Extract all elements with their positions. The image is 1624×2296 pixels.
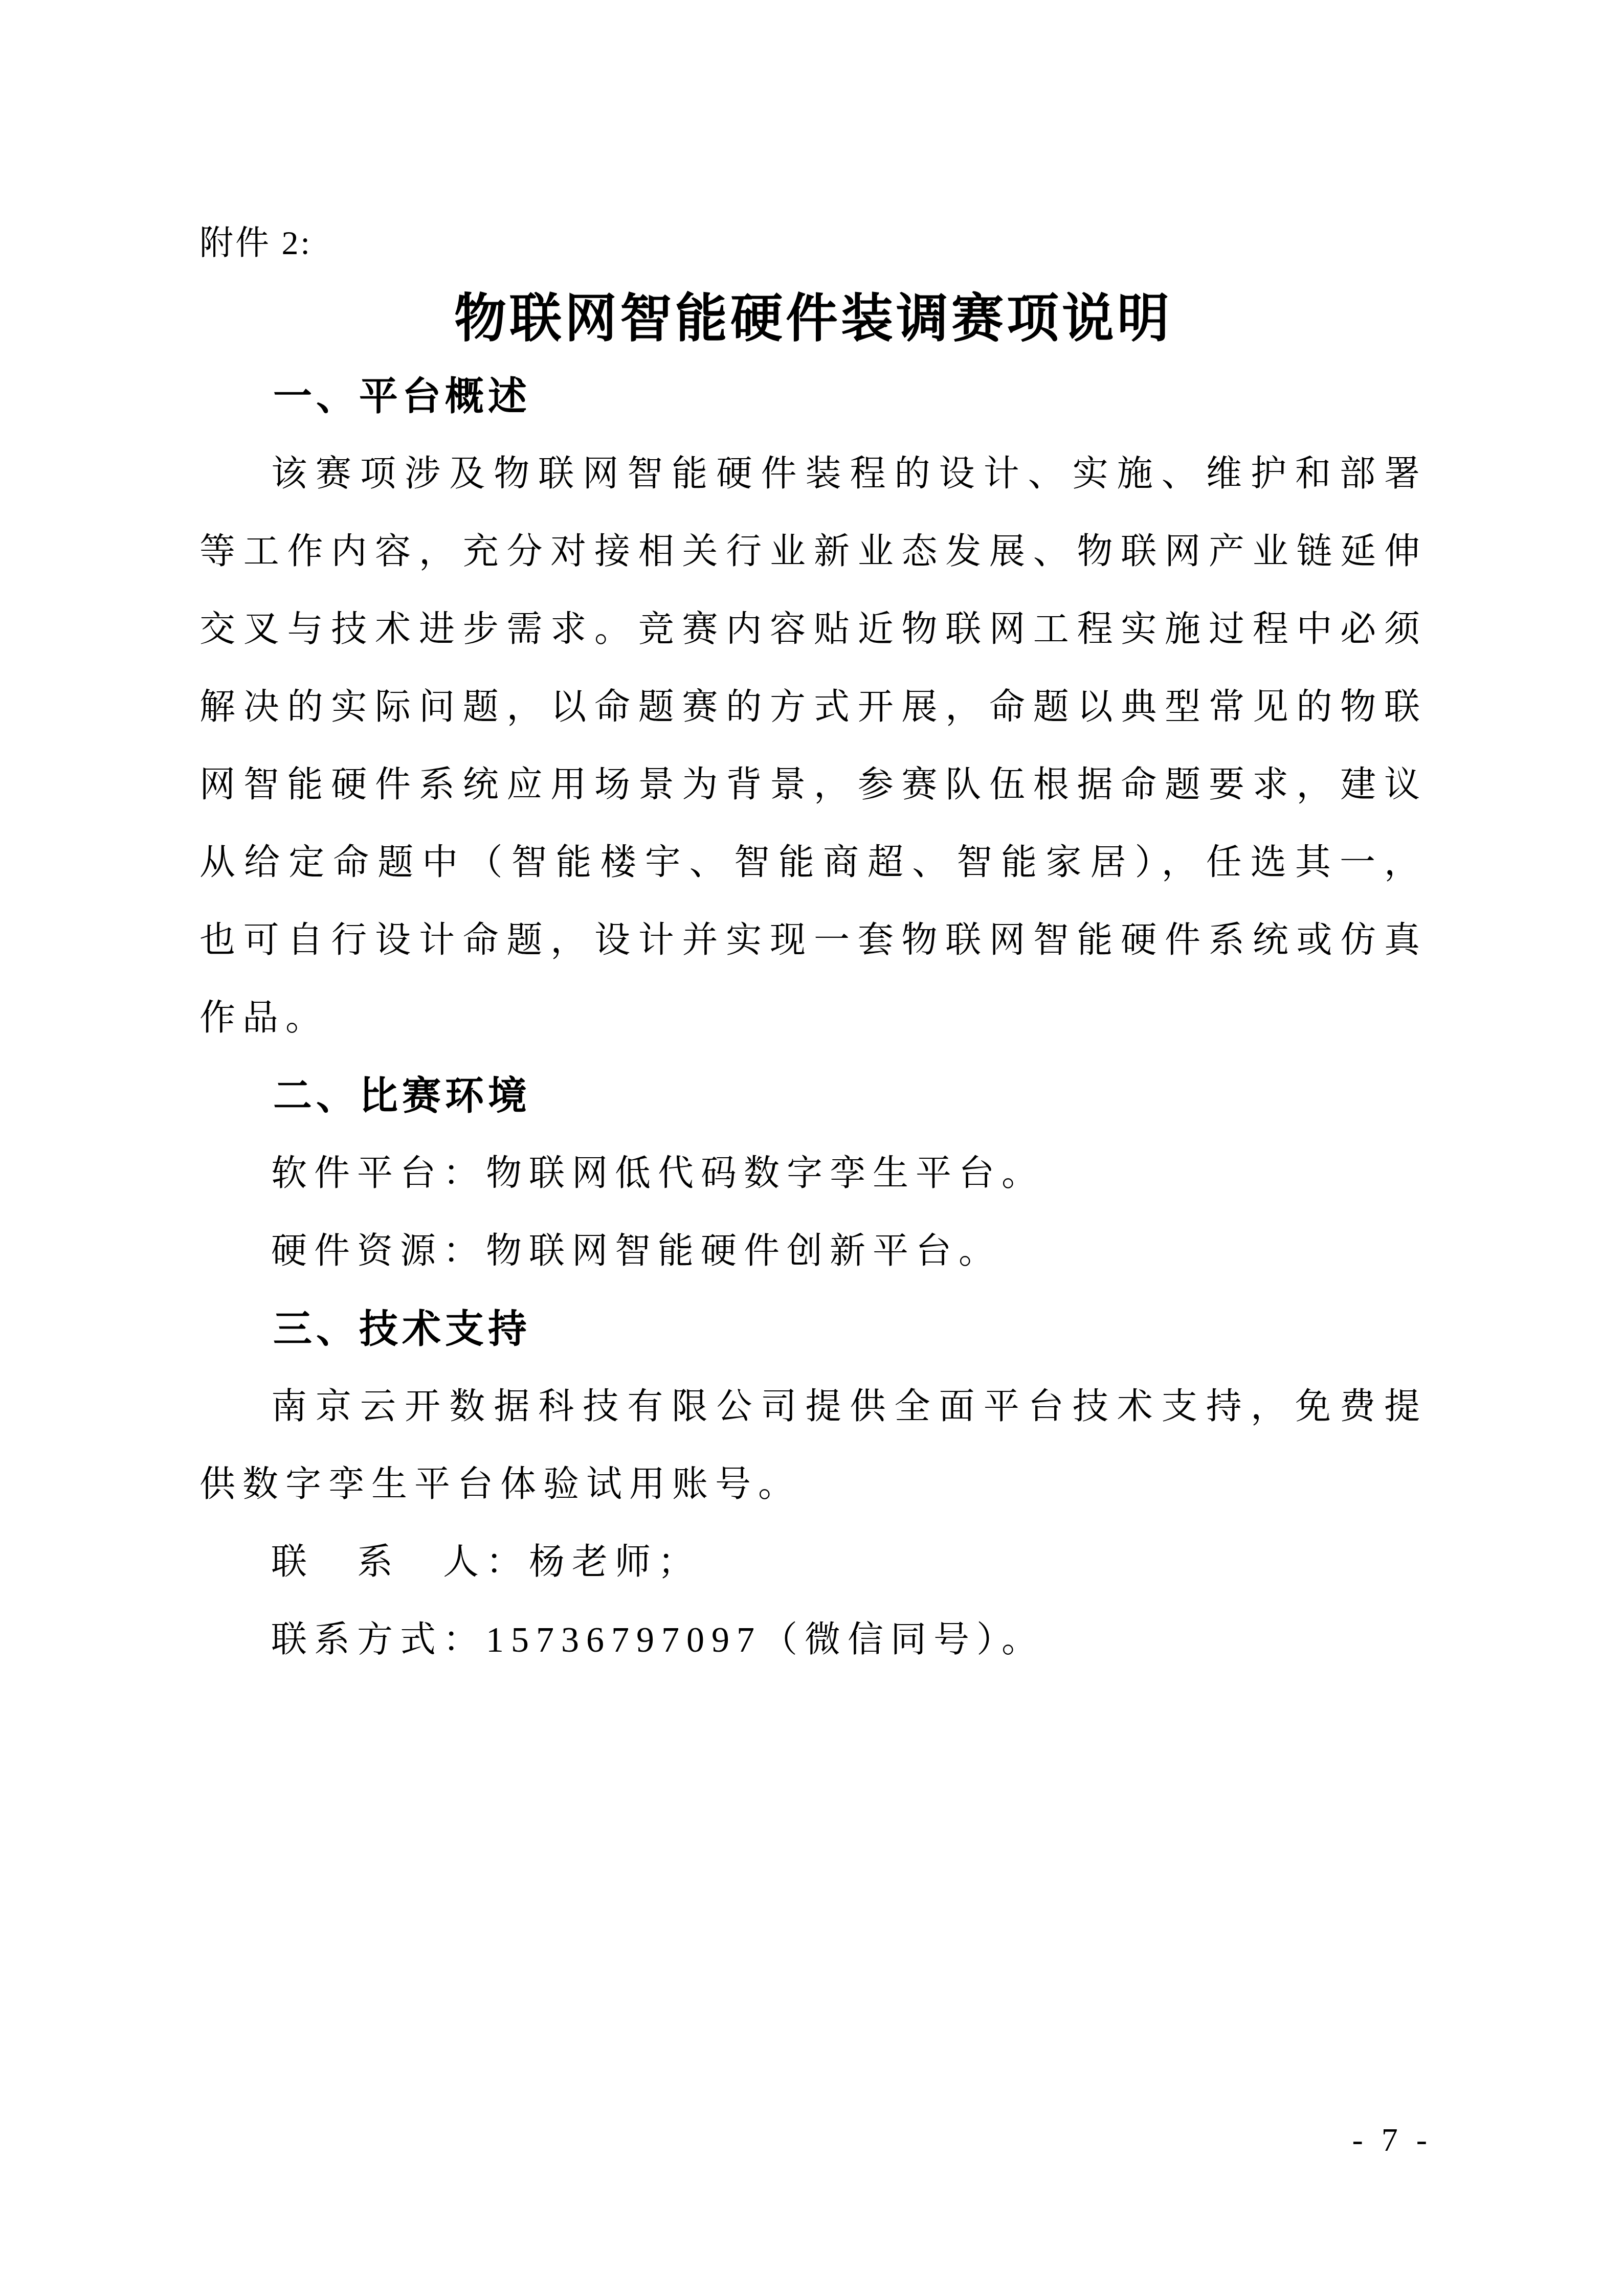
body-line: 等工作内容，充分对接相关行业新业态发展、物联网产业链延伸 xyxy=(199,513,1427,591)
body-line: 该赛项涉及物联网智能硬件装程的设计、实施、维护和部署 xyxy=(199,436,1427,513)
body-line: 供数字孪生平台体验试用账号。 xyxy=(199,1446,1427,1524)
contact-phone-line: 联系方式：15736797097（微信同号）。 xyxy=(199,1602,1427,1679)
hardware-resource-line: 硬件资源：物联网智能硬件创新平台。 xyxy=(199,1213,1427,1291)
body-line: 也可自行设计命题，设计并实现一套物联网智能硬件系统或仿真 xyxy=(199,902,1427,980)
document-page: 附件 2: 物联网智能硬件装调赛项说明 一、平台概述 该赛项涉及物联网智能硬件装… xyxy=(0,0,1624,2296)
section-heading-3: 三、技术支持 xyxy=(199,1291,1427,1368)
body-line: 网智能硬件系统应用场景为背景，参赛队伍根据命题要求，建议 xyxy=(199,747,1427,824)
software-platform-line: 软件平台：物联网低代码数字孪生平台。 xyxy=(199,1135,1427,1213)
section-platform-overview: 一、平台概述 该赛项涉及物联网智能硬件装程的设计、实施、维护和部署 等工作内容，… xyxy=(199,358,1427,1057)
page-number: - 7 - xyxy=(1352,2122,1432,2158)
body-line: 作品。 xyxy=(199,980,1427,1057)
body-line: 交叉与技术进步需求。竞赛内容贴近物联网工程实施过程中必须 xyxy=(199,591,1427,669)
section-heading-1: 一、平台概述 xyxy=(199,358,1427,436)
body-line: 从给定命题中（智能楼宇、智能商超、智能家居），任选其一， xyxy=(199,824,1427,902)
document-title: 物联网智能硬件装调赛项说明 xyxy=(199,281,1427,358)
section-technical-support: 三、技术支持 南京云开数据科技有限公司提供全面平台技术支持，免费提 供数字孪生平… xyxy=(199,1291,1427,1679)
body-line: 南京云开数据科技有限公司提供全面平台技术支持，免费提 xyxy=(199,1368,1427,1446)
attachment-label: 附件 2: xyxy=(199,220,1427,267)
body-line: 解决的实际问题，以命题赛的方式开展，命题以典型常见的物联 xyxy=(199,669,1427,747)
section-competition-environment: 二、比赛环境 软件平台：物联网低代码数字孪生平台。 硬件资源：物联网智能硬件创新… xyxy=(199,1057,1427,1291)
section-heading-2: 二、比赛环境 xyxy=(199,1057,1427,1135)
contact-person-line: 联 系 人：杨老师； xyxy=(199,1524,1427,1602)
